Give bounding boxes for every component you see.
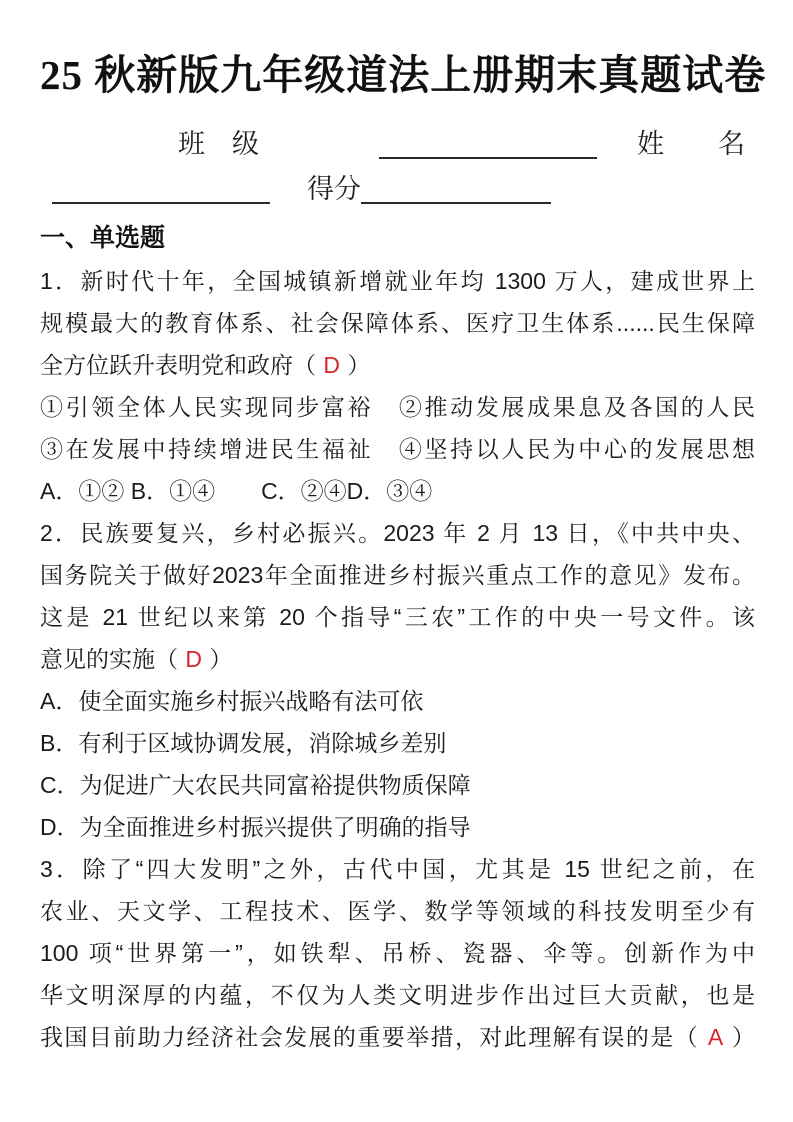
score-fill-line [361,174,551,204]
option-choices-line: A．①② B．①④ C．②④D．③④ [40,470,755,512]
header-row-2: 得分 [40,159,755,204]
answer-line-prefix: 全方位跃升表明党和政府（ [40,352,322,378]
question-stem-line: 3．除了“四大发明”之外，古代中国，尤其是 15 世纪之前，在 [40,848,755,890]
option-line-d: D．为全面推进乡村振兴提供了明确的指导 [40,806,755,848]
option-line: ①引领全体人民实现同步富裕 ②推动发展成果息及各国的人民 [40,386,755,428]
class-label: 班 级 [178,129,259,159]
name-fill-line [52,174,270,204]
answer-line-prefix: 意见的实施（ [40,646,184,672]
question-stem-line: 华文明深厚的内蕴，不仅为人类文明进步作出过巨大贡献，也是 [40,974,755,1016]
student-info-header: 班 级 姓 名 得分 [40,114,755,204]
question-answer-line: 全方位跃升表明党和政府（ D ） [40,344,755,386]
answer-letter-red: A [707,1024,724,1050]
question-stem-line: 这是 21 世纪以来第 20 个指导“三农”工作的中央一号文件。该 [40,596,755,638]
question-answer-line: 意见的实施（ D ） [40,638,755,680]
section-heading: 一、单选题 [40,222,755,254]
answer-line-suffix: ） [203,646,232,672]
answer-letter-red: D [322,352,341,378]
answer-line-prefix: 我国目前助力经济社会发展的重要举措，对此理解有误的是（ [40,1024,707,1050]
option-line-c: C．为促进广大农民共同富裕提供物质保障 [40,764,755,806]
question-1: 1．新时代十年，全国城镇新增就业年均 1300 万人，建成世界上 规模最大的教育… [40,260,755,512]
question-3: 3．除了“四大发明”之外，古代中国，尤其是 15 世纪之前，在 农业、天文学、工… [40,848,755,1058]
page-title: 25 秋新版九年级道法上册期末真题试卷 [40,50,755,100]
question-stem-line: 农业、天文学、工程技术、医学、数学等领域的科技发明至少有 [40,890,755,932]
class-fill-line [379,129,597,159]
option-line-b: B．有利于区域协调发展，消除城乡差别 [40,722,755,764]
header-row-1: 班 级 姓 名 [40,114,755,159]
answer-line-suffix: ） [341,352,370,378]
question-stem-line: 1．新时代十年，全国城镇新增就业年均 1300 万人，建成世界上 [40,260,755,302]
question-answer-line: 我国目前助力经济社会发展的重要举措，对此理解有误的是（ A ） [40,1016,755,1058]
name-label: 姓 名 [637,129,745,159]
question-stem-line: 2．民族要复兴，乡村必振兴。2023 年 2 月 13 日，《中共中央、 [40,512,755,554]
answer-line-suffix: ） [724,1024,755,1050]
question-stem-line: 100 项“世界第一”，如铁犁、吊桥、瓷器、伞等。创新作为中 [40,932,755,974]
answer-letter-red: D [184,646,203,672]
question-stem-line: 国务院关于做好2023年全面推进乡村振兴重点工作的意见》发布。 [40,554,755,596]
question-2: 2．民族要复兴，乡村必振兴。2023 年 2 月 13 日，《中共中央、 国务院… [40,512,755,848]
question-stem-line: 规模最大的教育体系、社会保障体系、医疗卫生体系......民生保障 [40,302,755,344]
option-line: ③在发展中持续增进民生福祉 ④坚持以人民为中心的发展思想 [40,428,755,470]
exam-document-page: 25 秋新版九年级道法上册期末真题试卷 班 级 姓 名 得分 一、单选题 1．新… [0,0,793,1122]
score-label: 得分 [307,174,361,204]
option-line-a: A．使全面实施乡村振兴战略有法可依 [40,680,755,722]
